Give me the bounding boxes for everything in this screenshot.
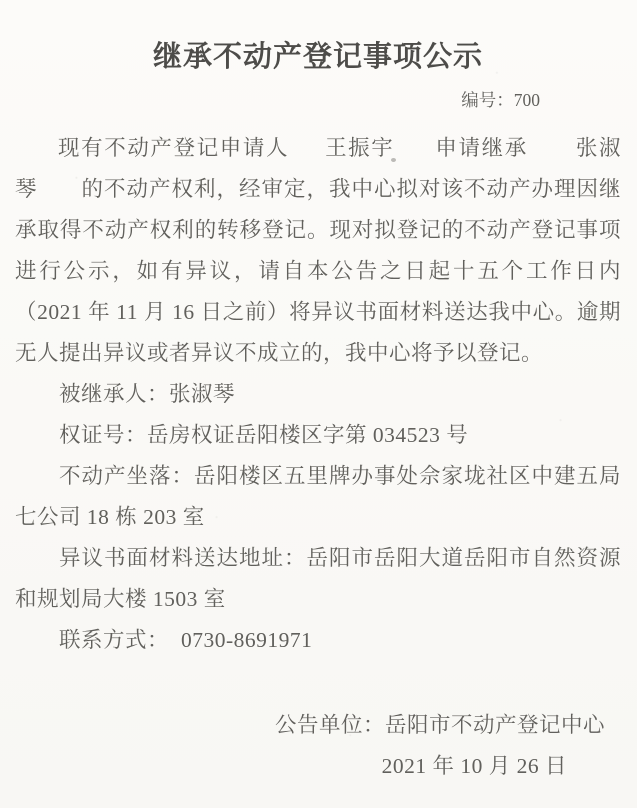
field-certificate-value: 岳房权证岳阳楼区字第 034523 号 bbox=[147, 423, 468, 447]
paragraph-connector: 申请继承 bbox=[435, 136, 527, 160]
field-contact: 联系方式：0730-8691971 bbox=[15, 620, 621, 661]
applicant-name: 王振宇 bbox=[325, 136, 394, 160]
field-certificate-label: 权证号： bbox=[59, 423, 147, 447]
field-objection-address: 异议书面材料送达地址：岳阳市岳阳大道岳阳市自然资源和规划局大楼 1503 室 bbox=[15, 538, 621, 620]
field-contact-label: 联系方式： bbox=[59, 628, 169, 652]
document-content: 继承不动产登记事项公示 编号：700 现有不动产登记申请人王振宇申请继承张淑琴的… bbox=[0, 36, 637, 787]
date-line: 2021 年 10 月 26 日 bbox=[15, 746, 567, 787]
field-location-label: 不动产坐落： bbox=[59, 464, 194, 488]
field-decedent-value: 张淑琴 bbox=[169, 382, 235, 406]
field-objection-label: 异议书面材料送达地址： bbox=[59, 546, 307, 570]
doc-number: 编号：700 bbox=[15, 88, 540, 112]
paragraph-rest: 的不动产权利，经审定，我中心拟对该不动产办理因继承取得不动产权利的转移登记。现对… bbox=[15, 177, 621, 365]
field-certificate-number: 权证号：岳房权证岳阳楼区字第 034523 号 bbox=[15, 415, 621, 456]
field-contact-value: 0730-8691971 bbox=[181, 628, 312, 652]
field-decedent: 被继承人：张淑琴 bbox=[15, 374, 621, 415]
page-title: 继承不动产登记事项公示 bbox=[15, 36, 621, 78]
notice-document: 继承不动产登记事项公示 编号：700 现有不动产登记申请人王振宇申请继承张淑琴的… bbox=[0, 0, 637, 808]
notice-footer: 公告单位：岳阳市不动产登记中心 2021 年 10 月 26 日 bbox=[15, 705, 621, 787]
issuer-line: 公告单位：岳阳市不动产登记中心 bbox=[15, 705, 605, 746]
field-property-location: 不动产坐落：岳阳楼区五里牌办事处佘家垅社区中建五局七公司 18 栋 203 室 bbox=[15, 456, 621, 538]
paragraph-intro: 现有不动产登记申请人 bbox=[58, 136, 289, 160]
field-decedent-label: 被继承人： bbox=[59, 382, 169, 406]
scan-speck bbox=[391, 158, 396, 162]
notice-body-paragraph: 现有不动产登记申请人王振宇申请继承张淑琴的不动产权利，经审定，我中心拟对该不动产… bbox=[15, 128, 621, 374]
